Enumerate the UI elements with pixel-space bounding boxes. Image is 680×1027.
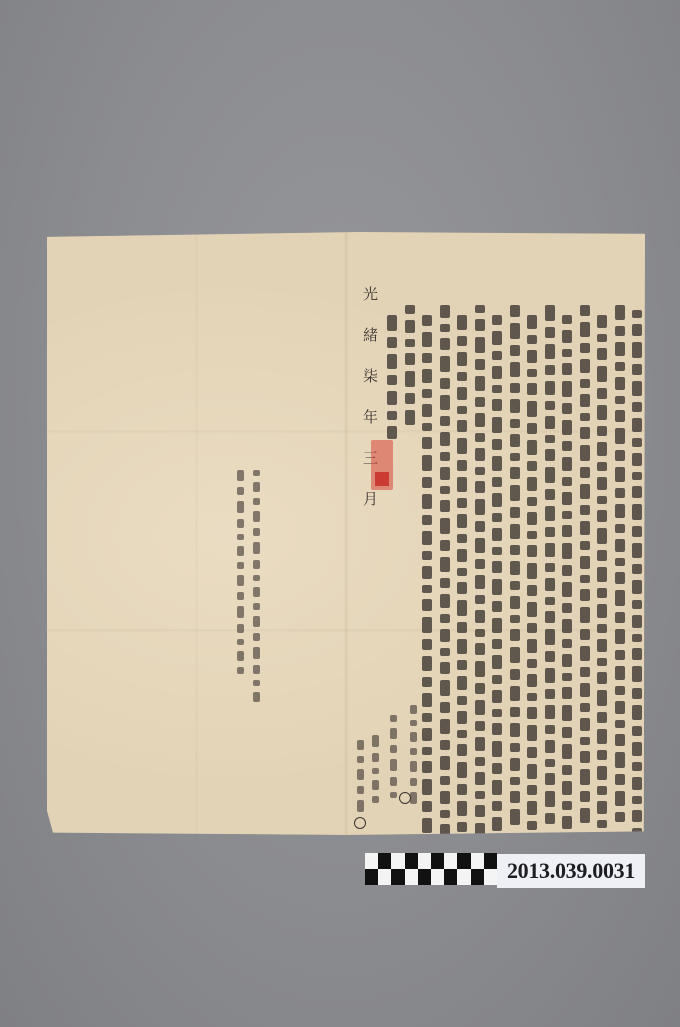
scale-square <box>444 869 457 885</box>
witness-text-column <box>410 702 417 807</box>
accession-number-label: 2013.039.0031 <box>497 854 645 888</box>
scale-square <box>365 853 378 869</box>
signature-mark-icon <box>354 817 366 829</box>
body-text-column <box>405 302 415 428</box>
scale-square <box>378 853 391 869</box>
body-text-column <box>510 302 520 828</box>
date-char: 年 <box>363 410 378 425</box>
scale-square <box>471 869 484 885</box>
body-text-column <box>545 302 555 827</box>
scale-square <box>431 869 444 885</box>
date-char: 月 <box>363 492 378 507</box>
scale-square <box>378 869 391 885</box>
body-text-column <box>580 302 590 826</box>
scale-square <box>418 869 431 885</box>
scale-square <box>457 853 470 869</box>
witness-text-column <box>357 737 364 815</box>
scale-square <box>471 853 484 869</box>
document-paper: 光 緒 柒 年 三 月 <box>47 232 645 835</box>
scale-square <box>418 853 431 869</box>
witness-text-column <box>237 467 244 677</box>
body-text-column <box>562 312 572 832</box>
scale-square <box>391 869 404 885</box>
body-text-column <box>492 312 502 834</box>
date-char: 柒 <box>363 369 378 384</box>
scale-square <box>365 869 378 885</box>
signature-mark-icon <box>399 792 411 804</box>
witness-text-column <box>372 732 379 806</box>
body-text-column <box>597 312 607 849</box>
scale-square <box>484 869 497 885</box>
scale-square <box>405 853 418 869</box>
date-char: 光 <box>363 287 378 302</box>
scale-square <box>391 853 404 869</box>
body-text-column <box>632 307 642 847</box>
witness-text-column <box>253 467 260 705</box>
scale-square <box>457 869 470 885</box>
scale-square <box>484 853 497 869</box>
body-text-column <box>422 312 432 836</box>
body-text-column <box>527 312 537 833</box>
body-text-column <box>387 312 397 442</box>
date-char: 緒 <box>363 328 378 343</box>
color-scale-bar <box>365 853 497 885</box>
body-text-column <box>457 312 467 835</box>
red-seal-stamp <box>371 440 393 490</box>
scale-square <box>405 869 418 885</box>
scale-square <box>444 853 457 869</box>
body-text-column <box>440 302 450 839</box>
paper-folds <box>47 232 645 835</box>
body-text-column <box>615 302 625 825</box>
body-text-column <box>475 302 485 842</box>
witness-text-column <box>390 712 397 801</box>
scale-square <box>431 853 444 869</box>
